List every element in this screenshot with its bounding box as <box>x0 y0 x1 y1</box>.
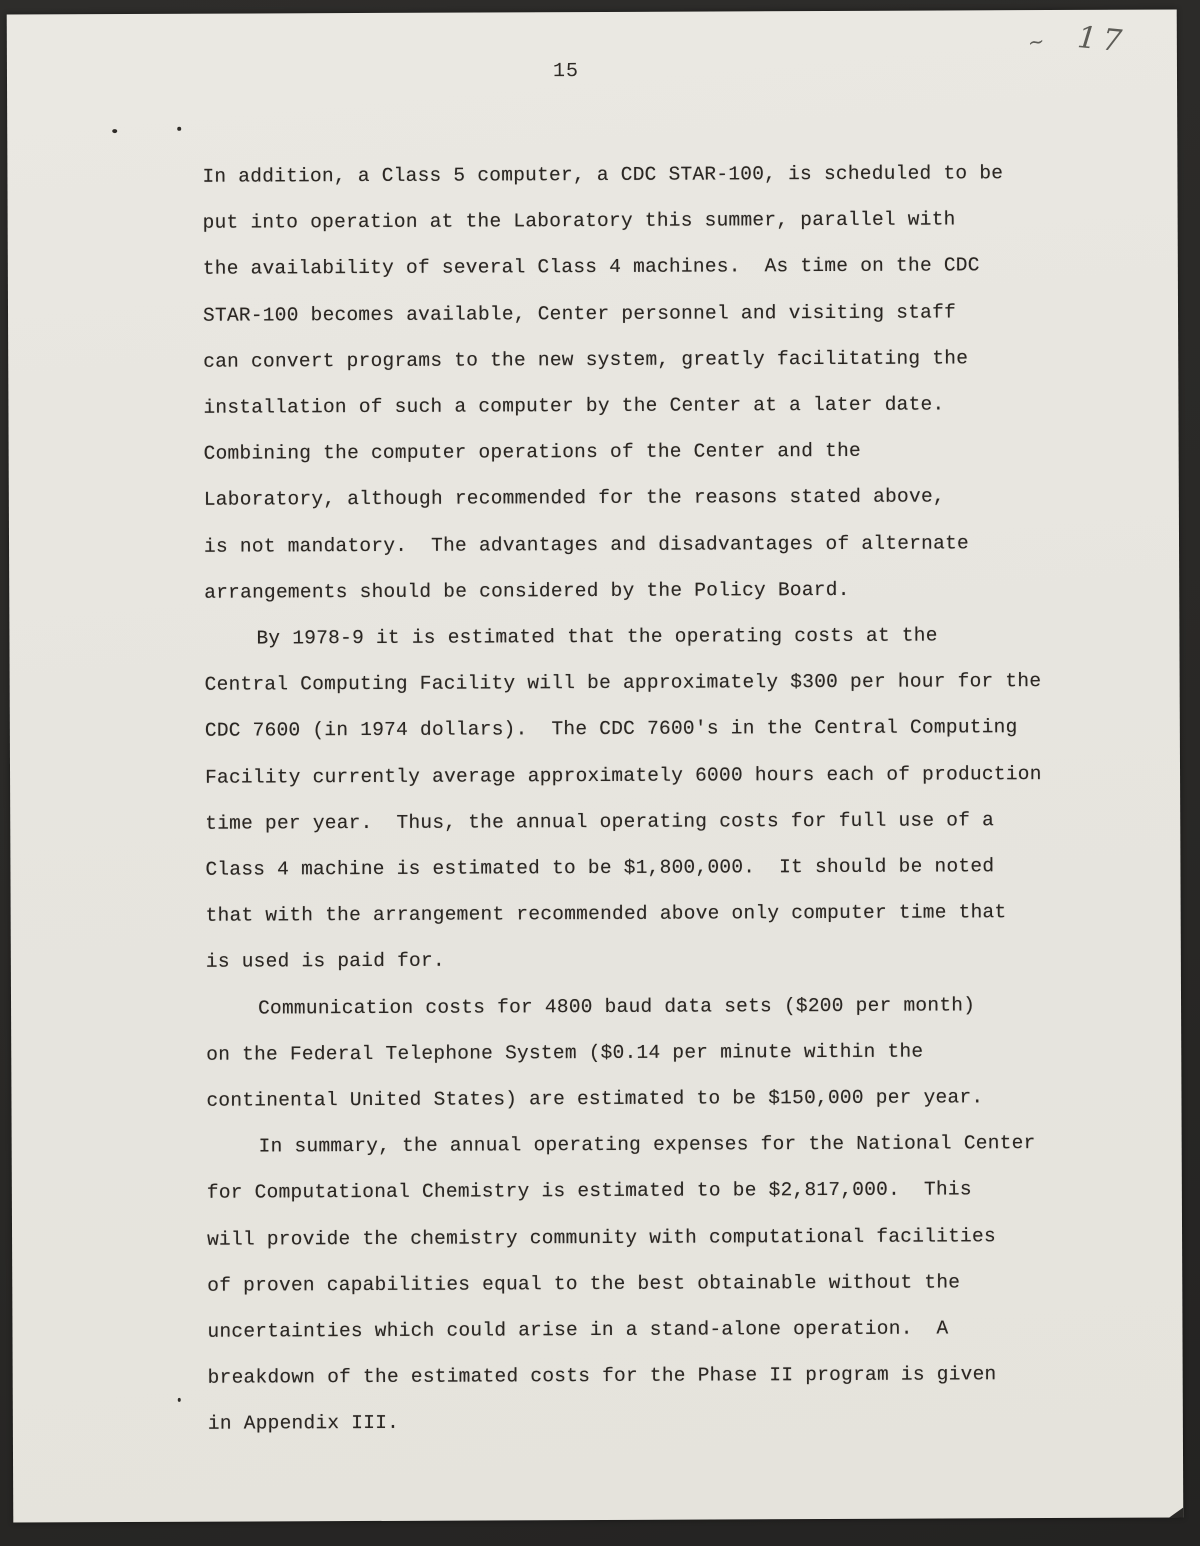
text-line: is not mandatory. The advantages and dis… <box>204 520 1064 570</box>
paper-corner-notch <box>1169 1507 1183 1517</box>
text-line: in Appendix III. <box>208 1397 1068 1447</box>
text-line: In summary, the annual operating expense… <box>207 1120 1067 1170</box>
text-line: put into operation at the Laboratory thi… <box>203 196 1063 246</box>
handwritten-number: 17 <box>1076 20 1129 60</box>
text-line: that with the arrangement recommended ab… <box>206 889 1066 939</box>
text-line: can convert programs to the new system, … <box>203 335 1063 385</box>
paragraph-3: Communication costs for 4800 baud data s… <box>206 982 1067 1124</box>
text-line: is used is paid for. <box>206 935 1066 985</box>
text-line: STAR-100 becomes available, Center perso… <box>203 289 1063 339</box>
text-line: the availability of several Class 4 mach… <box>203 242 1063 292</box>
text-line: By 1978-9 it is estimated that the opera… <box>204 612 1064 662</box>
text-line: Laboratory, although recommended for the… <box>204 473 1064 523</box>
text-line: Central Computing Facility will be appro… <box>205 658 1065 708</box>
text-line: Class 4 machine is estimated to be $1,80… <box>205 843 1065 893</box>
document-page: 15 ∼17 In addition, a Class 5 computer, … <box>7 9 1184 1522</box>
handwritten-annotation: ∼17 <box>1025 15 1129 60</box>
text-line: continental United States) are estimated… <box>206 1074 1066 1124</box>
text-line: Facility currently average approximately… <box>205 751 1065 801</box>
paper-speck <box>177 127 181 131</box>
text-line: of proven capabilities equal to the best… <box>207 1259 1067 1309</box>
text-line: CDC 7600 (in 1974 dollars). The CDC 7600… <box>205 704 1065 754</box>
text-line: for Computational Chemistry is estimated… <box>207 1166 1067 1216</box>
handwritten-mark: ∼ <box>1026 29 1046 55</box>
paragraph-4: In summary, the annual operating expense… <box>207 1120 1068 1447</box>
paragraph-1: In addition, a Class 5 computer, a CDC S… <box>202 150 1064 616</box>
text-line: installation of such a computer by the C… <box>203 381 1063 431</box>
text-line: breakdown of the estimated costs for the… <box>208 1351 1068 1401</box>
text-line: uncertainties which could arise in a sta… <box>207 1305 1067 1355</box>
paper-speck <box>112 129 117 133</box>
text-line: time per year. Thus, the annual operatin… <box>205 797 1065 847</box>
text-line: on the Federal Telephone System ($0.14 p… <box>206 1028 1066 1078</box>
text-line: Combining the computer operations of the… <box>204 427 1064 477</box>
body-text: In addition, a Class 5 computer, a CDC S… <box>202 150 1068 1447</box>
paper-speck <box>178 1398 181 1402</box>
text-line: In addition, a Class 5 computer, a CDC S… <box>202 150 1062 200</box>
page-number: 15 <box>553 60 579 83</box>
paragraph-2: By 1978-9 it is estimated that the opera… <box>204 612 1066 985</box>
scan-background: 15 ∼17 In addition, a Class 5 computer, … <box>0 0 1200 1546</box>
text-line: arrangements should be considered by the… <box>204 566 1064 616</box>
text-line: Communication costs for 4800 baud data s… <box>206 982 1066 1032</box>
text-line: will provide the chemistry community wit… <box>207 1213 1067 1263</box>
